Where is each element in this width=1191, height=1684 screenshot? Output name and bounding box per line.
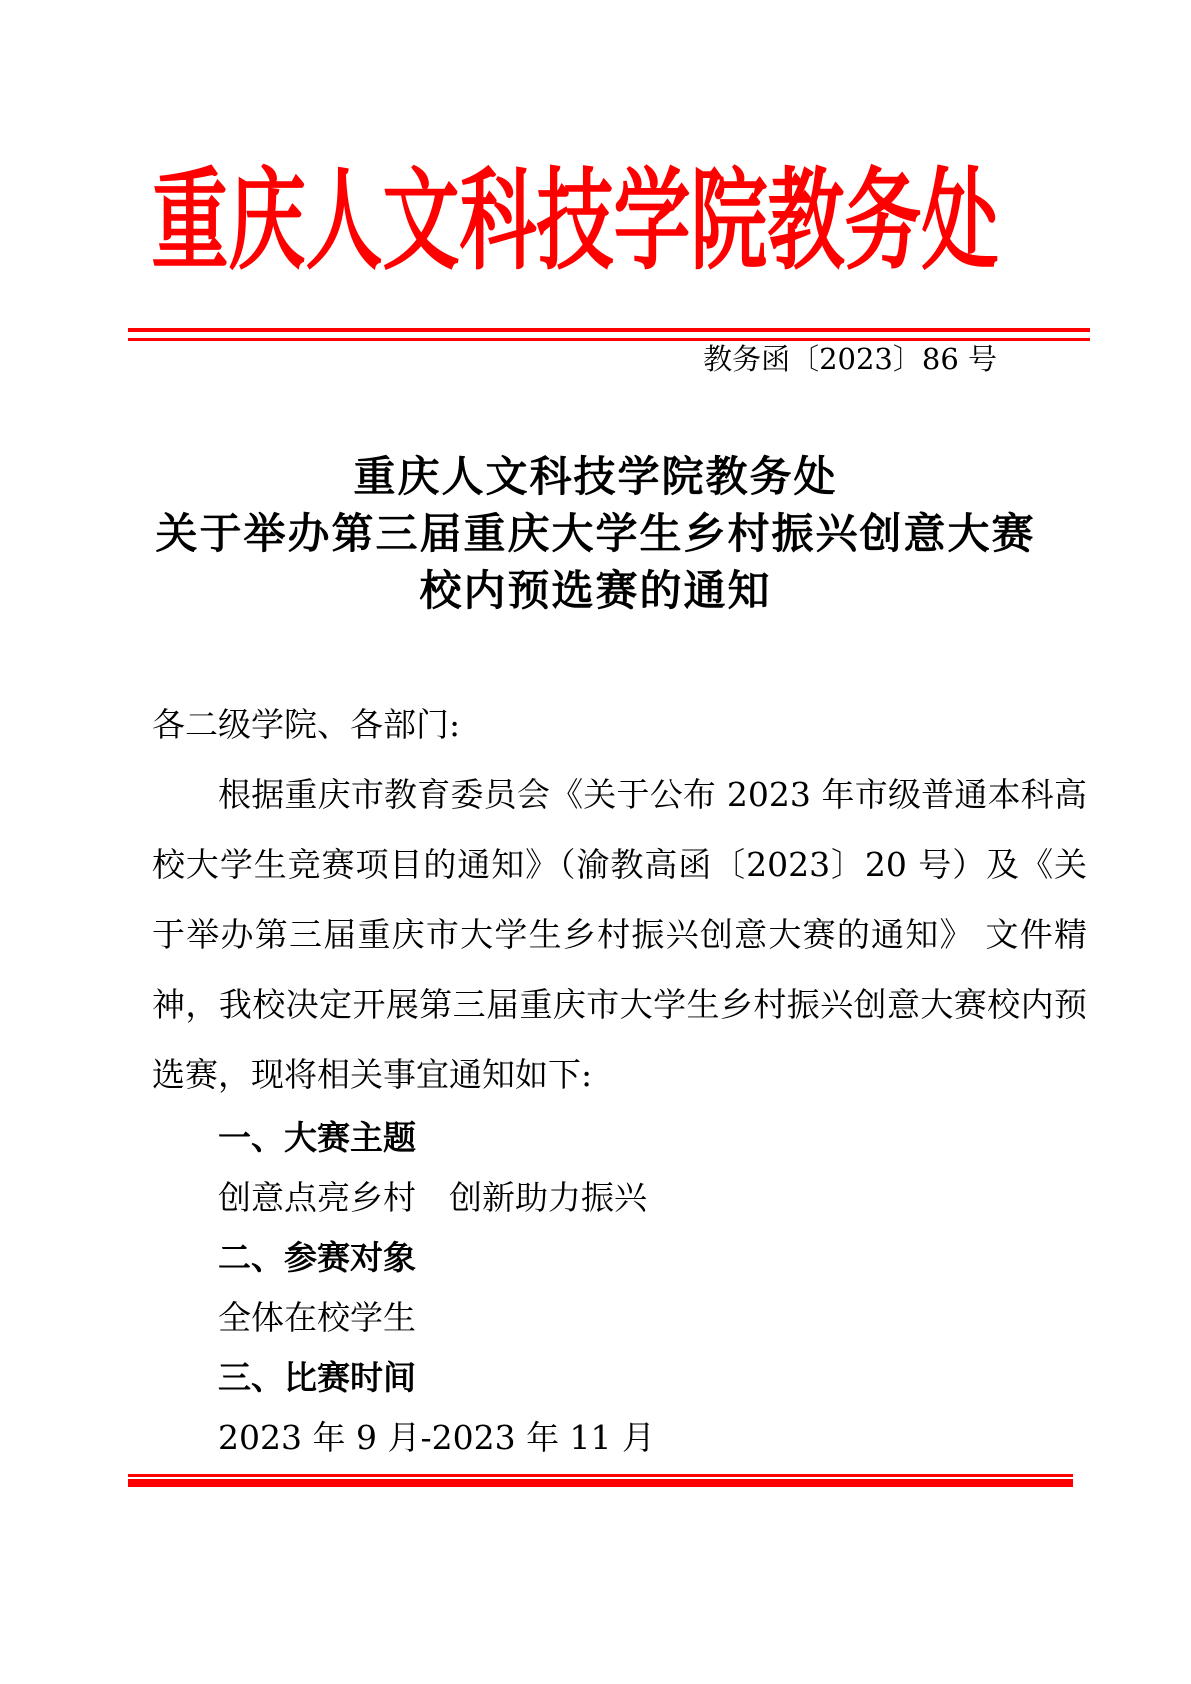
document-number: 教务函〔2023〕86 号 [703,341,997,379]
footer-rule-thick [128,1479,1073,1487]
document-title-line-1: 重庆人文科技学院教务处 [0,448,1191,505]
section-1-content: 创意点亮乡村 创新助力振兴 [152,1168,1087,1228]
header-double-rule-line1 [128,328,1090,332]
letterhead: 重庆人文科技学院教务处 [0,158,1191,285]
sections: 一、大赛主题 创意点亮乡村 创新助力振兴 二、参赛对象 全体在校学生 三、比赛时… [152,1108,1087,1468]
document-page: 重庆人文科技学院教务处 教务函〔2023〕86 号 重庆人文科技学院教务处 关于… [0,0,1191,1684]
document-title-line-3: 校内预选赛的通知 [0,562,1191,619]
letterhead-org-name: 重庆人文科技学院教务处 [152,158,999,285]
document-title-line-2: 关于举办第三届重庆大学生乡村振兴创意大赛 [0,505,1191,562]
salutation: 各二级学院、各部门: [152,690,1087,760]
section-3-content: 2023 年 9 月-2023 年 11 月 [152,1408,1087,1468]
body-text: 各二级学院、各部门: 根据重庆市教育委员会《关于公布 2023 年市级普通本科高… [152,690,1087,1110]
section-1-heading: 一、大赛主题 [152,1108,1087,1168]
section-2-content: 全体在校学生 [152,1288,1087,1348]
section-3-heading: 三、比赛时间 [152,1348,1087,1408]
document-title: 重庆人文科技学院教务处 关于举办第三届重庆大学生乡村振兴创意大赛 校内预选赛的通… [0,448,1191,619]
section-2-heading: 二、参赛对象 [152,1228,1087,1288]
footer-rule-thin [128,1474,1073,1477]
intro-paragraph: 根据重庆市教育委员会《关于公布 2023 年市级普通本科高校大学生竞赛项目的通知… [152,760,1087,1110]
